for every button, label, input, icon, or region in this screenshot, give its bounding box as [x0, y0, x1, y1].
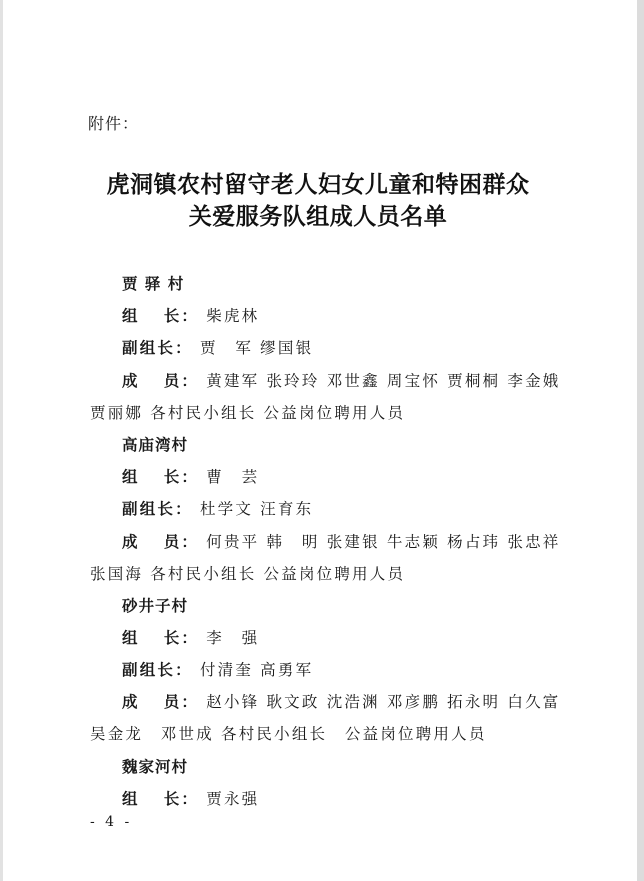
deputy-names: 杜学文 汪育东 — [200, 500, 313, 518]
leader-label: 组长： — [122, 787, 199, 809]
leader-row: 组长： 曹 芸 — [122, 465, 259, 487]
page-number: - 4 - — [90, 814, 132, 830]
deputy-label: 副组长： — [122, 658, 193, 680]
member-names-continued: 吴金龙 邓世成 各村民小组长 公益岗位聘用人员 — [90, 722, 487, 744]
leader-label: 组长： — [122, 465, 199, 487]
members-row: 成员： 赵小锋 耿文政 沈浩渊 邓彦鹏 拓永明 白久富 — [122, 690, 561, 712]
leader-name: 柴虎林 — [206, 307, 259, 325]
member-label: 成员： — [122, 530, 199, 552]
members-row: 成员： 何贵平 韩 明 张建银 牛志颖 杨占玮 张忠祥 — [122, 530, 561, 552]
deputy-names: 贾 军 缪国银 — [200, 339, 313, 357]
leader-label: 组长： — [122, 304, 199, 326]
attachment-label: 附件： — [88, 111, 139, 134]
deputy-row: 副组长： 杜学文 汪育东 — [122, 497, 313, 519]
deputy-row: 副组长： 付清奎 高勇军 — [122, 658, 313, 680]
member-names-continued: 贾丽娜 各村民小组长 公益岗位聘用人员 — [90, 401, 405, 423]
members-row: 成员： 黄建军 张玲玲 邓世鑫 周宝怀 贾桐桐 李金娥 — [122, 369, 561, 391]
village-name: 高庙湾村 — [122, 433, 188, 455]
deputy-names: 付清奎 高勇军 — [200, 661, 313, 679]
leader-row: 组长： 贾永强 — [122, 787, 259, 809]
leader-row: 组长： 李 强 — [122, 626, 259, 648]
leader-name: 曹 芸 — [206, 468, 259, 486]
viewer-scrollbar-track[interactable] — [637, 0, 644, 881]
member-names-continued: 张国海 各村民小组长 公益岗位聘用人员 — [90, 562, 405, 584]
page-left-edge — [0, 0, 3, 881]
leader-name: 贾永强 — [206, 790, 259, 808]
member-names: 赵小锋 耿文政 沈浩渊 邓彦鹏 拓永明 白久富 — [206, 693, 560, 711]
deputy-row: 副组长： 贾 军 缪国银 — [122, 336, 313, 358]
leader-name: 李 强 — [206, 629, 259, 647]
member-names: 何贵平 韩 明 张建银 牛志颖 杨占玮 张忠祥 — [206, 533, 560, 551]
document-title-line2: 关爱服务队组成人员名单 — [0, 198, 640, 231]
village-name: 砂井子村 — [122, 594, 188, 616]
document-title-line1: 虎洞镇农村留守老人妇女儿童和特困群众 — [0, 166, 640, 199]
member-label: 成员： — [122, 690, 199, 712]
leader-label: 组长： — [122, 626, 199, 648]
member-names: 黄建军 张玲玲 邓世鑫 周宝怀 贾桐桐 李金娥 — [206, 372, 560, 390]
deputy-label: 副组长： — [122, 497, 193, 519]
member-label: 成员： — [122, 369, 199, 391]
village-name: 魏家河村 — [122, 755, 188, 777]
village-name: 贾 驿 村 — [122, 272, 184, 294]
leader-row: 组长： 柴虎林 — [122, 304, 259, 326]
deputy-label: 副组长： — [122, 336, 193, 358]
